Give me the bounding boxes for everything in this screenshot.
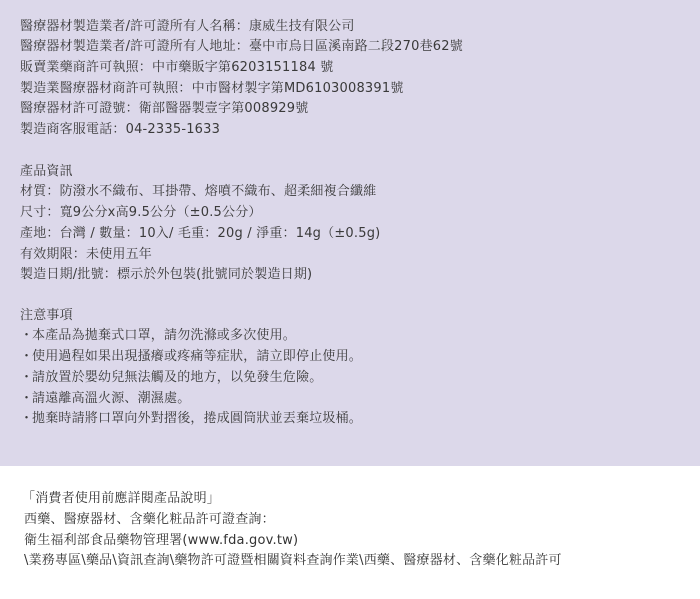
bullet-icon: ・ (20, 347, 32, 366)
bullet-icon: ・ (20, 389, 32, 408)
expiry-line: 有效期限：未使用五年 (20, 245, 152, 264)
product-info-panel: 醫療器材製造業者/許可證所有人名稱：康威生技有限公司 醫療器材製造業者/許可證所… (0, 0, 700, 466)
consumer-notice-title: 「消費者使用前應詳閱產品說明」 (22, 489, 220, 508)
query-path: \業務專區\藥品\資訊查詢\藥物許可證暨相關資料查詢作業\西藥、醫療器材、含藥化… (24, 551, 562, 570)
product-info-heading: 產品資訊 (20, 162, 73, 181)
sales-license: 販賣業藥商許可執照：中市藥販字第6203151184 號 (20, 58, 333, 77)
note-item: ・請遠離高溫火源、潮濕處。 (20, 389, 190, 408)
manufacturing-license: 製造業醫療器材商許可執照：中市醫材製字第MD6103008391號 (20, 79, 404, 98)
manufacturer-name: 醫療器材製造業者/許可證所有人名稱：康威生技有限公司 (20, 17, 355, 36)
bullet-icon: ・ (20, 368, 32, 387)
note-item: ・拋棄時請將口罩向外對摺後，捲成圓筒狀並丟棄垃圾桶。 (20, 409, 362, 428)
note-item: ・使用過程如果出現搔癢或疼痛等症狀，請立即停止使用。 (20, 347, 362, 366)
note-text: 本產品為拋棄式口罩，請勿洗滌或多次使用。 (32, 328, 296, 343)
note-item: ・請放置於嬰幼兒無法觸及的地方，以免發生危險。 (20, 368, 322, 387)
note-text: 請放置於嬰幼兒無法觸及的地方，以免發生危險。 (32, 370, 322, 385)
note-text: 拋棄時請將口罩向外對摺後，捲成圓筒狀並丟棄垃圾桶。 (32, 411, 362, 426)
license-query-label: 西藥、醫療器材、含藥化粧品許可證查詢： (24, 510, 275, 529)
note-text: 使用過程如果出現搔癢或疼痛等症狀，請立即停止使用。 (32, 349, 362, 364)
device-permit-number: 醫療器材許可證號：衛部醫器製壹字第008929號 (20, 99, 308, 118)
manufacture-date-line: 製造日期/批號：標示於外包裝(批號同於製造日期) (20, 265, 312, 284)
material-line: 材質：防潑水不織布、耳掛帶、熔噴不織布、超柔細複合纖維 (20, 182, 376, 201)
note-text: 請遠離高溫火源、潮濕處。 (32, 391, 190, 406)
size-line: 尺寸：寬9公分x高9.5公分（±0.5公分） (20, 203, 262, 222)
bullet-icon: ・ (20, 409, 32, 428)
note-item: ・本產品為拋棄式口罩，請勿洗滌或多次使用。 (20, 326, 296, 345)
notes-heading: 注意事項 (20, 306, 73, 325)
manufacturer-address: 醫療器材製造業者/許可證所有人地址：臺中市烏日區溪南路二段270巷62號 (20, 37, 463, 56)
customer-service-phone: 製造商客服電話：04-2335-1633 (20, 120, 220, 139)
fda-reference: 衛生福利部食品藥物管理署(www.fda.gov.tw) (24, 531, 298, 550)
origin-quantity-weight-line: 產地：台灣 / 數量：10入/ 毛重：20g / 淨重：14g（±0.5g) (20, 224, 380, 243)
bullet-icon: ・ (20, 326, 32, 345)
